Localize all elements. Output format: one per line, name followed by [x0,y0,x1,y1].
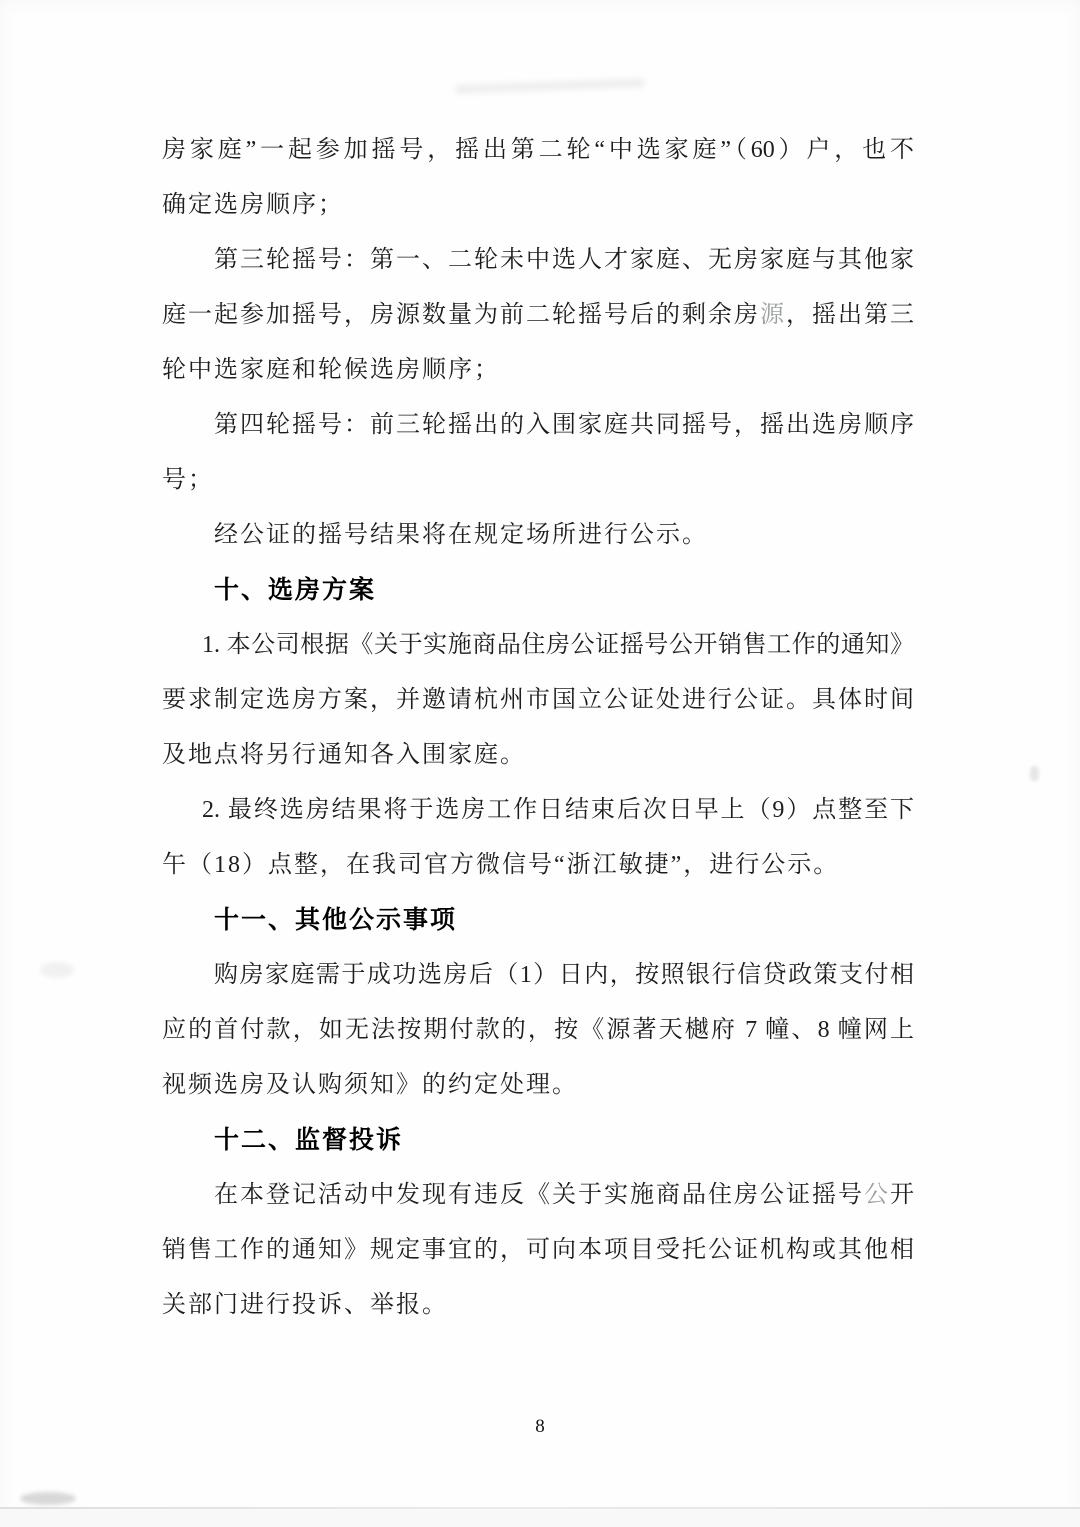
page-number: 8 [0,1416,1080,1438]
scan-artifact-bottom-left-smudge [20,1492,76,1505]
text-line: 在本登记活动中发现有违反《关于实施商品住房公证摇号公开 [162,1168,914,1223]
document-lines: 房家庭”一起参加摇号，摇出第二轮“中选家庭”（60）户，也不确定选房顺序；第三轮… [162,123,914,1333]
text-line: 视频选房及认购须知》的约定处理。 [162,1058,914,1113]
text-line: 2. 最终选房结果将于选房工作日结束后次日早上（9）点整至下 [162,783,914,838]
text-line: 及地点将另行通知各入围家庭。 [162,728,914,783]
text-line: 要求制定选房方案，并邀请杭州市国立公证处进行公证。具体时间 [162,673,914,728]
text-line: 购房家庭需于成功选房后（1）日内，按照银行信贷政策支付相 [162,948,914,1003]
text-line: 轮中选家庭和轮候选房顺序； [162,343,914,398]
text-line: 关部门进行投诉、举报。 [162,1278,914,1333]
text-line: 庭一起参加摇号，房源数量为前二轮摇号后的剩余房源，摇出第三 [162,288,914,343]
document-page: 房家庭”一起参加摇号，摇出第二轮“中选家庭”（60）户，也不确定选房顺序；第三轮… [0,0,1080,1527]
section-heading: 十、选房方案 [162,563,914,618]
scan-artifact-bottom-line [0,1507,1080,1509]
text-line: 应的首付款，如无法按期付款的，按《源著天樾府 7 幢、8 幢网上 [162,1003,914,1058]
text-line: 第三轮摇号：第一、二轮未中选人才家庭、无房家庭与其他家 [162,233,914,288]
text-line: 房家庭”一起参加摇号，摇出第二轮“中选家庭”（60）户，也不 [162,123,914,178]
text-line: 经公证的摇号结果将在规定场所进行公示。 [162,508,914,563]
text-line: 午（18）点整，在我司官方微信号“浙江敏捷”，进行公示。 [162,838,914,893]
scan-artifact-right-tick [1030,766,1039,781]
scan-artifact-bottom-strip [0,1509,1080,1527]
scan-artifact-left-blob [40,962,74,978]
section-heading: 十一、其他公示事项 [162,893,914,948]
text-line: 号； [162,453,914,508]
text-line: 1. 本公司根据《关于实施商品住房公证摇号公开销售工作的通知》 [162,618,914,673]
text-line: 销售工作的通知》规定事宜的，可向本项目受托公证机构或其他相 [162,1223,914,1278]
section-heading: 十二、监督投诉 [162,1113,914,1168]
scan-artifact-top-smudge [455,79,645,94]
text-line: 确定选房顺序； [162,178,914,233]
text-line: 第四轮摇号：前三轮摇出的入围家庭共同摇号，摇出选房顺序 [162,398,914,453]
